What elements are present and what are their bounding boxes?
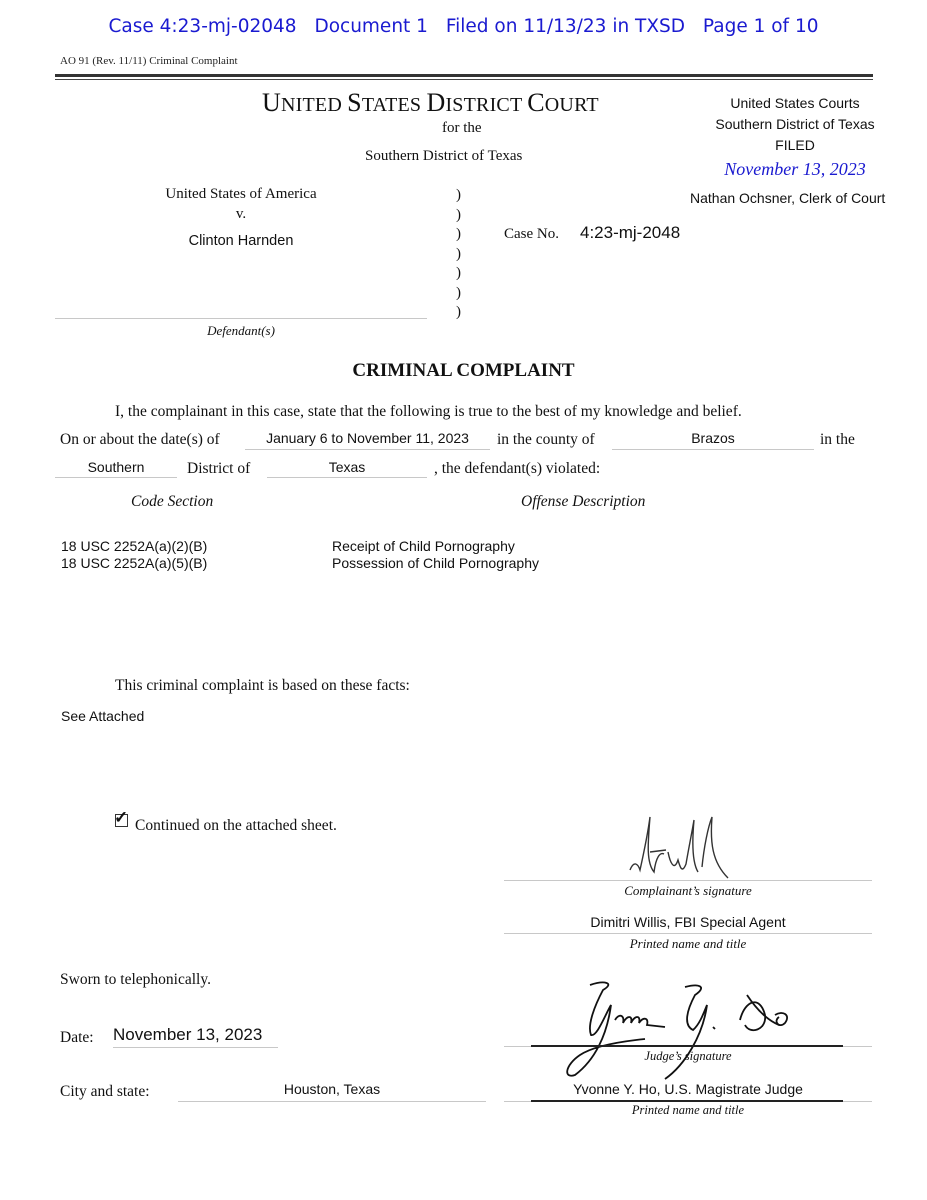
for-the-text: for the xyxy=(442,120,482,137)
complainant-name-line xyxy=(504,933,872,934)
complainant-name-title: Dimitri Willis, FBI Special Agent xyxy=(504,914,872,930)
filed-stamp: United States Courts Southern District o… xyxy=(690,93,900,156)
judge-signature-line-dark xyxy=(531,1045,843,1047)
offense-dates-field: January 6 to November 11, 2023 xyxy=(245,430,490,446)
continued-label: Continued on the attached sheet. xyxy=(135,817,337,835)
complainant-name-label: Printed name and title xyxy=(504,936,872,952)
clerk-of-court: Nathan Ochsner, Clerk of Court xyxy=(690,190,885,206)
title-rest: ISTRICT xyxy=(445,94,527,116)
stamp-page: Page 1 of 10 xyxy=(703,16,819,37)
plaintiff: United States of America xyxy=(55,186,427,203)
caption-brackets: ) ) ) ) ) ) ) xyxy=(456,186,461,323)
filed-stamp-line: FILED xyxy=(690,135,900,156)
form-identifier: AO 91 (Rev. 11/11) Criminal Complaint xyxy=(60,55,238,67)
county-underline xyxy=(612,449,814,450)
county-field: Brazos xyxy=(612,430,814,446)
date-underline xyxy=(113,1047,278,1048)
document-title: CRIMINAL COMPLAINT xyxy=(0,360,927,382)
date-prefix-text: On or about the date(s) of xyxy=(60,431,220,449)
court-district: Southern District of Texas xyxy=(365,148,522,165)
judge-name-title: Yvonne Y. Ho, U.S. Magistrate Judge xyxy=(504,1081,872,1097)
filing-header-stamp: Case 4:23-mj-02048 Document 1 Filed on 1… xyxy=(0,16,927,37)
offense-description: Possession of Child Pornography xyxy=(332,555,539,571)
title-cap: S xyxy=(347,88,362,117)
defendant-label: Defendant(s) xyxy=(55,323,427,339)
header-rule-thin xyxy=(55,79,873,80)
code-section: 18 USC 2252A(a)(5)(B) xyxy=(61,555,207,571)
complainant-signature-line xyxy=(504,880,872,881)
judge-signature-label: Judge’s signature xyxy=(504,1049,872,1064)
title-rest: NITED xyxy=(281,94,347,116)
title-rest: OURT xyxy=(545,94,599,116)
filed-stamp-line: United States Courts xyxy=(690,93,900,114)
county-prefix-text: in the county of xyxy=(497,431,595,449)
offense-dates-underline xyxy=(245,449,490,450)
code-section-header: Code Section xyxy=(131,493,213,511)
facts-intro: This criminal complaint is based on thes… xyxy=(115,677,410,695)
district-of-text: District of xyxy=(187,460,250,478)
case-number-value: 4:23-mj-2048 xyxy=(580,223,680,243)
court-title: UNITED STATES DISTRICT COURT xyxy=(262,88,599,118)
filed-date: November 13, 2023 xyxy=(690,159,900,180)
date-value: November 13, 2023 xyxy=(113,1025,262,1045)
city-state-label: City and state: xyxy=(60,1083,150,1101)
stamp-filed: Filed on 11/13/23 in TXSD xyxy=(446,16,685,37)
district-underline xyxy=(55,477,177,478)
judge-name-line-dark xyxy=(531,1100,843,1102)
header-rule xyxy=(55,74,873,77)
offense-description: Receipt of Child Pornography xyxy=(332,538,515,554)
defendant-underline xyxy=(55,318,427,319)
state-field: Texas xyxy=(267,459,427,475)
case-number-label: Case No. xyxy=(504,226,559,243)
stamp-document: Document 1 xyxy=(314,16,428,37)
violated-text: , the defendant(s) violated: xyxy=(434,460,600,478)
offense-description-header: Offense Description xyxy=(521,493,645,511)
judge-signature xyxy=(535,975,805,1080)
code-section: 18 USC 2252A(a)(2)(B) xyxy=(61,538,207,554)
in-the-text: in the xyxy=(820,431,855,449)
facts-text: See Attached xyxy=(61,708,144,724)
title-cap: C xyxy=(527,88,545,117)
stamp-case-number: Case 4:23-mj-02048 xyxy=(109,16,297,37)
district-field: Southern xyxy=(55,459,177,475)
title-rest: TATES xyxy=(362,94,427,116)
filed-stamp-line: Southern District of Texas xyxy=(690,114,900,135)
versus: v. xyxy=(55,206,427,223)
sworn-statement: Sworn to telephonically. xyxy=(60,971,211,989)
state-underline xyxy=(267,477,427,478)
defendant-name: Clinton Harnden xyxy=(55,233,427,249)
complainant-signature-label: Complainant’s signature xyxy=(504,883,872,899)
city-state-underline xyxy=(178,1101,486,1102)
checkmark-icon: ✓ xyxy=(114,808,128,828)
title-cap: D xyxy=(426,88,445,117)
title-cap: U xyxy=(262,88,281,117)
complainant-signature xyxy=(620,812,750,882)
judge-name-label: Printed name and title xyxy=(504,1103,872,1118)
city-state-value: Houston, Texas xyxy=(178,1081,486,1097)
complaint-intro: I, the complainant in this case, state t… xyxy=(115,403,742,421)
date-label: Date: xyxy=(60,1029,94,1047)
